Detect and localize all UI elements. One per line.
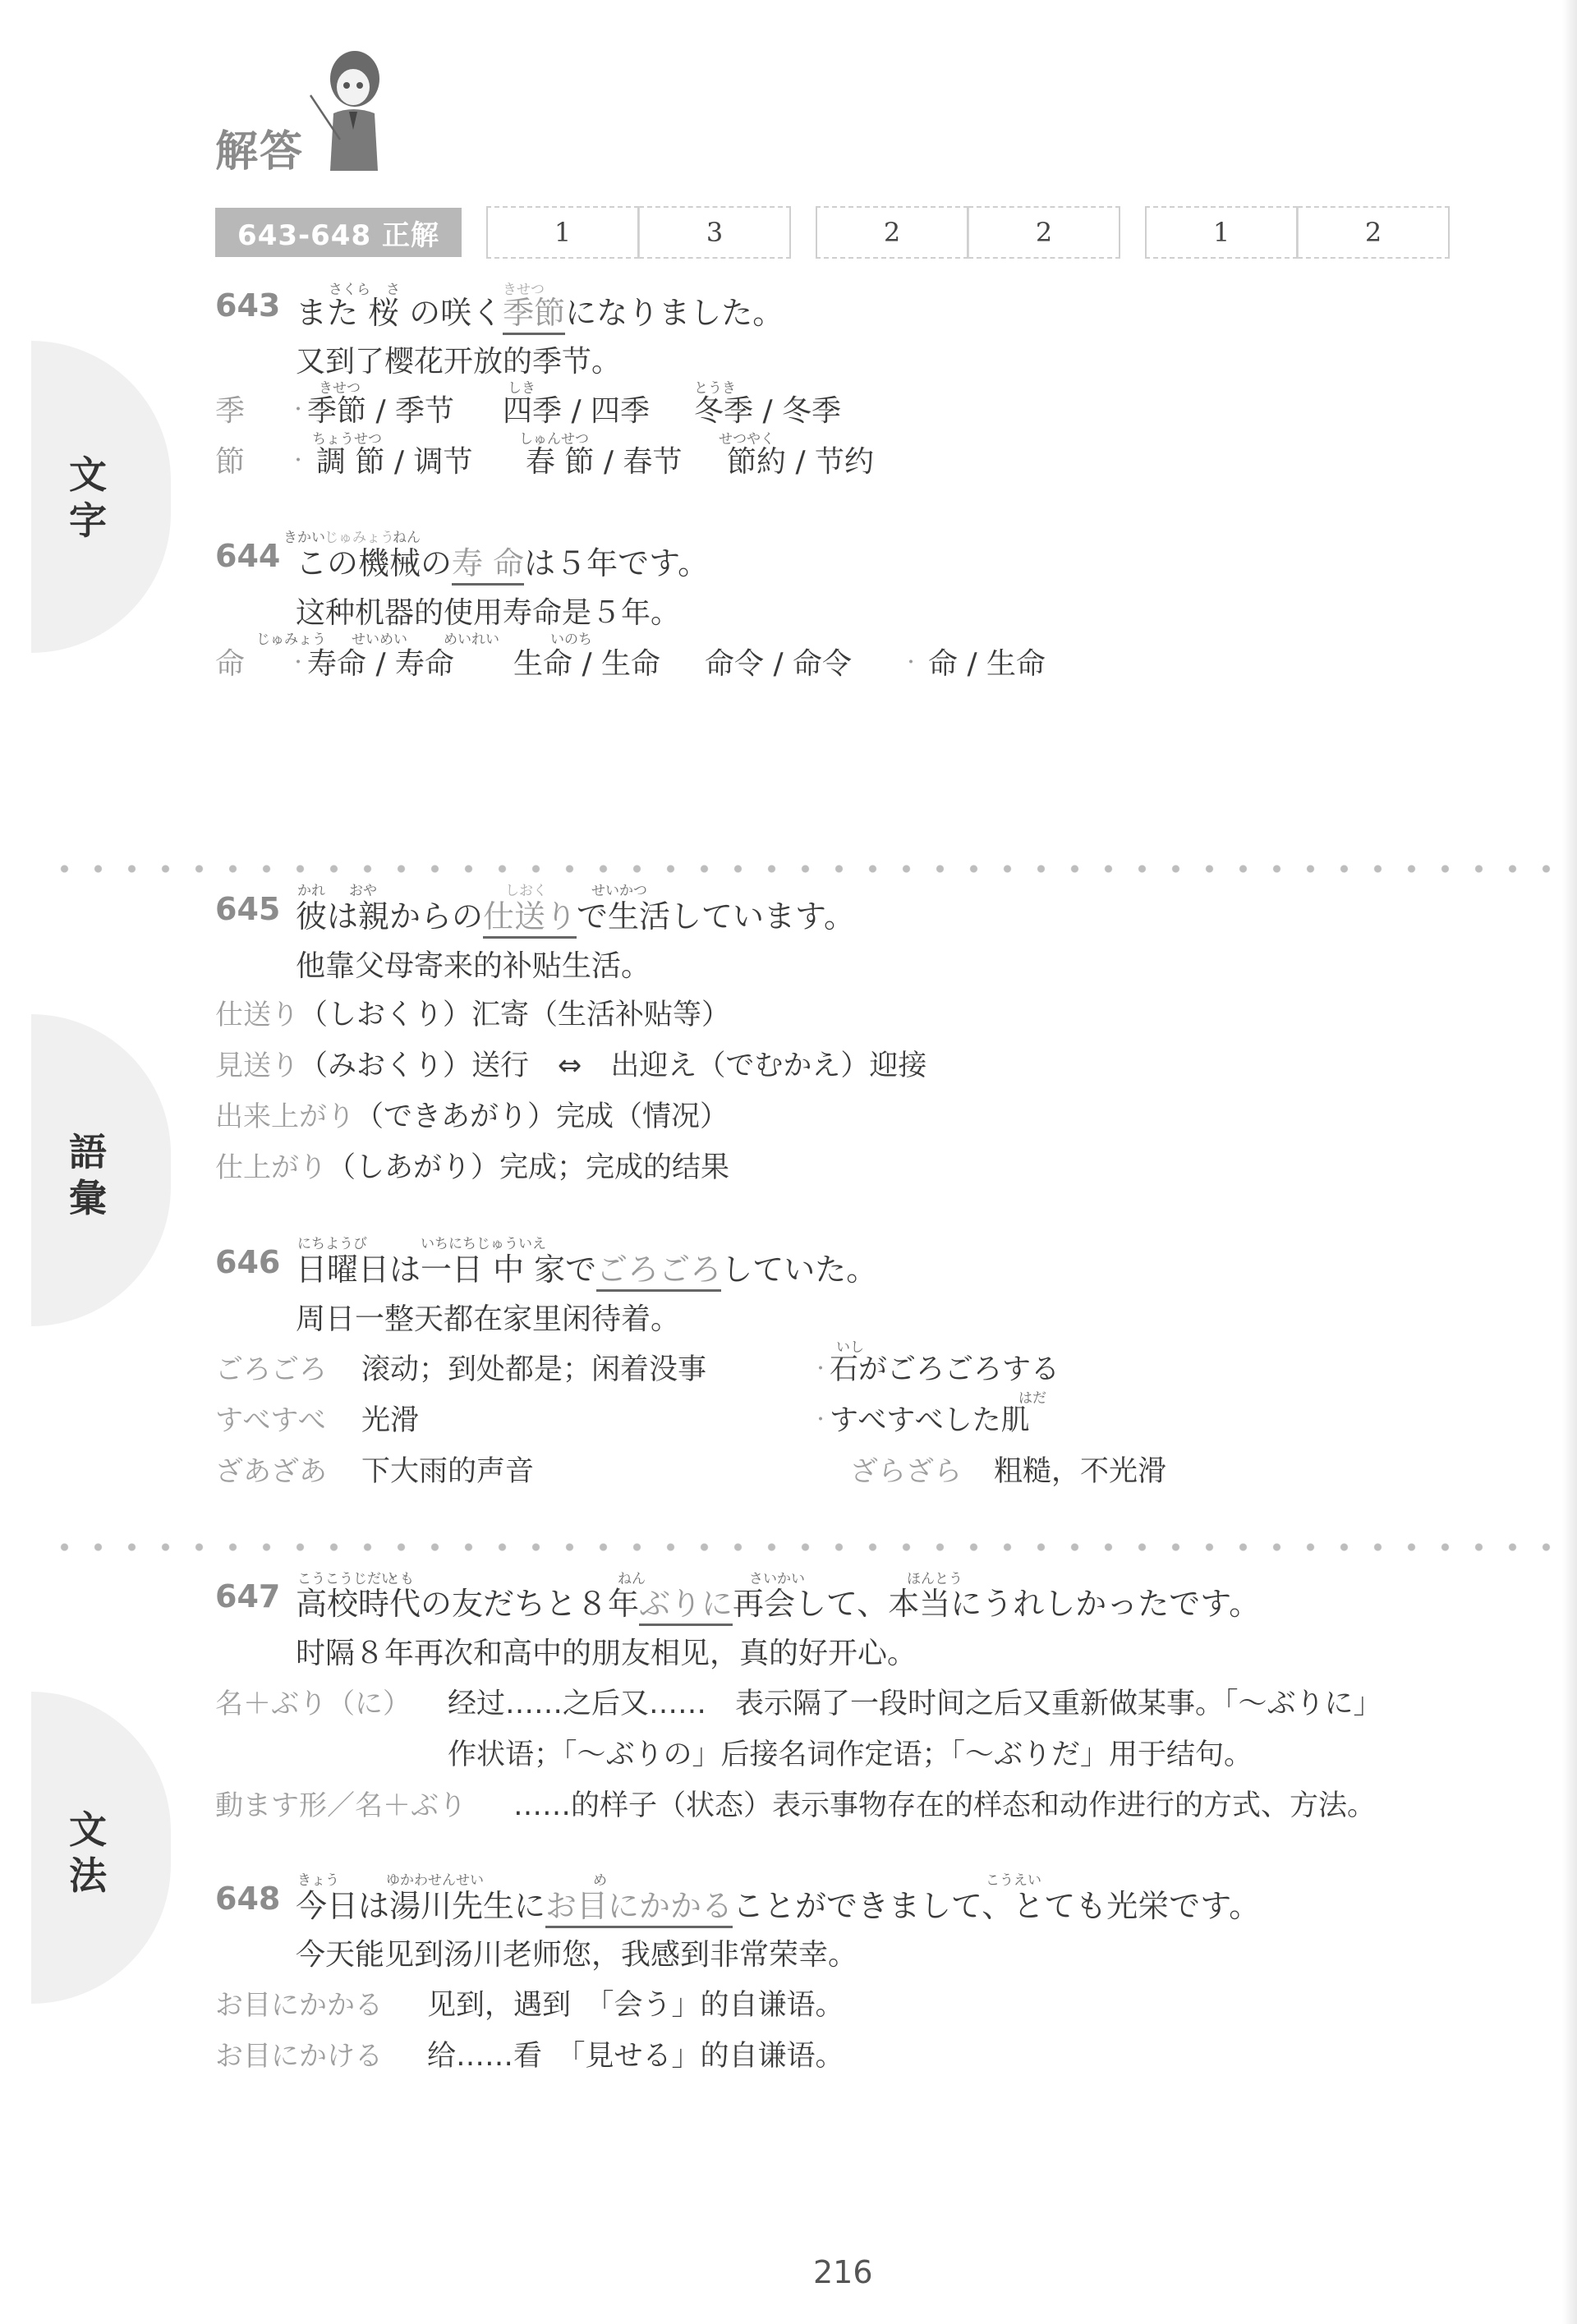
question-sentence: 日曜日は一日 中 家でごろごろしていた。 (296, 1244, 877, 1289)
section-separator (48, 864, 1577, 874)
sentence-after: していた。 (721, 1252, 877, 1288)
answer-group-1: 1 3 (486, 206, 791, 259)
answer-646: 2 (968, 206, 1120, 259)
vocab-item: 寿命 / 寿命 (307, 641, 454, 682)
sentence-target: ぶりに (639, 1586, 733, 1626)
bullet-icon: ・ (289, 447, 307, 472)
vocab-term: 出来上がり (215, 1100, 355, 1133)
question-sentence: この機械の寿 命は５年です。 (296, 538, 709, 583)
sentence-before: 今日は湯川先生に (296, 1888, 545, 1924)
answer-647: 1 (1145, 206, 1298, 259)
kanji-label: 命 (215, 641, 245, 682)
teacher-illustration-icon (304, 48, 394, 171)
vocab-item: 調 節 / 调节 (316, 439, 472, 480)
kanji-label: 節 (215, 439, 245, 480)
sentence-target: 季節 (503, 295, 565, 335)
answers-label: 643-648 正解 (215, 208, 462, 257)
answer-group-2: 2 2 (816, 206, 1120, 259)
question-number: 647 (215, 1578, 280, 1614)
grammar-def: 给……看 「見せる」的自谦语。 (427, 2033, 844, 2074)
sentence-after: になりました。 (565, 295, 784, 331)
grammar-term: 名＋ぶり（に） (215, 1681, 411, 1721)
sentence-after: ことができまして、とても光栄です。 (733, 1888, 1260, 1924)
question-number: 643 (215, 287, 280, 324)
translation: 他靠父母寄来的补贴生活。 (296, 943, 651, 985)
vocab-def: 下大雨的声音 (361, 1449, 534, 1490)
translation: 今天能见到汤川老师您，我感到非常荣幸。 (296, 1931, 857, 1973)
vocab-term: 仕上がり (215, 1151, 327, 1184)
question-sentence: 彼は親からの仕送りで生活しています。 (296, 891, 855, 936)
vocab-item: 節約 / 节约 (727, 439, 874, 480)
vocab-item: 春 節 / 春节 (526, 439, 682, 480)
vocab-item: 命 / 生命 (928, 641, 1046, 682)
bullet-icon: ・ (811, 1406, 830, 1431)
vocab-term: ごろごろ (215, 1347, 327, 1387)
vocab-item: 命令 / 命令 (705, 641, 852, 682)
question-number: 645 (215, 891, 280, 927)
vocab-example: 石がごろごろする (830, 1347, 1060, 1388)
vocab-term: ざらざら (850, 1449, 962, 1489)
grammar-term: 動ます形／名＋ぶり (215, 1783, 467, 1823)
sentence-target: ごろごろ (596, 1252, 721, 1292)
side-tab-label-moji: 文字 (67, 452, 108, 544)
translation: 这种机器的使用寿命是５年。 (296, 590, 680, 632)
translation: 时隔８年再次和高中的朋友相见，真的好开心。 (296, 1630, 917, 1672)
question-number: 644 (215, 538, 280, 574)
answer-648: 2 (1298, 206, 1450, 259)
vocab-example: すべすべした肌 (830, 1398, 1030, 1439)
bullet-icon: ・ (811, 1355, 830, 1380)
vocab-term: ざあざあ (215, 1449, 327, 1489)
sentence-target: 仕送り (483, 898, 577, 939)
vocab-term: 見送り (215, 1049, 299, 1082)
kanji-label: 季 (215, 388, 245, 429)
vocab-def: （できあがり）完成（情况） (355, 1100, 729, 1133)
side-tab-label-goi: 語彙 (67, 1129, 108, 1221)
sentence-before: 日曜日は一日 中 家で (296, 1252, 596, 1288)
grammar-def: 经过……之后又…… 表示隔了一段时间之后又重新做某事。「～ぶりに」 (448, 1681, 1382, 1722)
vocab-def: 光滑 (361, 1398, 419, 1439)
sentence-before: 彼は親からの (296, 898, 483, 935)
grammar-term: お目にかかる (215, 1982, 383, 2023)
grammar-def: 作状语；「～ぶりの」后接名词作定语；「～ぶりだ」用于结句。 (448, 1732, 1253, 1773)
question-number: 646 (215, 1244, 280, 1280)
question-number: 648 (215, 1881, 280, 1917)
side-tab-label-bunpo: 文法 (67, 1807, 108, 1899)
vocab-term: すべすべ (215, 1398, 326, 1438)
bullet-icon: ・ (289, 649, 307, 674)
grammar-def: 见到，遇到 「会う」的自谦语。 (427, 1982, 844, 2023)
sentence-after: 再会して、本当にうれしかったです。 (733, 1586, 1260, 1622)
translation: 又到了樱花开放的季节。 (296, 338, 621, 380)
sentence-target: 寿 命 (452, 545, 524, 586)
answer-644: 3 (639, 206, 791, 259)
vocab-def: 滚动；到处都是；闲着没事 (361, 1347, 706, 1388)
vocab-item: 季節 / 季节 (307, 388, 454, 429)
answer-title: 解答 (215, 117, 304, 178)
bullet-icon: ・ (902, 649, 920, 674)
sentence-target: お目にかかる (545, 1888, 733, 1928)
page-edge-shadow (1562, 0, 1577, 2324)
vocab-row: 見送り（みおくり）送行 ⇔ 出迎え（でむかえ）迎接 (215, 1043, 926, 1084)
question-sentence: 高校時代の友だちと８年ぶりに再会して、本当にうれしかったです。 (296, 1578, 1260, 1624)
answer-643: 1 (486, 206, 639, 259)
vocab-item: 四季 / 四季 (503, 388, 650, 429)
vocab-row: 出来上がり（できあがり）完成（情况） (215, 1094, 729, 1135)
bullet-icon: ・ (289, 396, 307, 421)
question-sentence: また 桜 の咲く季節になりました。 (296, 287, 784, 333)
vocab-item: 冬季 / 冬季 (694, 388, 841, 429)
vocab-row: 仕上がり（しあがり）完成；完成的结果 (215, 1145, 729, 1186)
translation: 周日一整天都在家里闲待着。 (296, 1296, 680, 1338)
sentence-after: は５年です。 (524, 545, 709, 581)
section-separator (48, 1542, 1577, 1552)
grammar-def: ……的样子（状态）表示事物存在的样态和动作进行的方式、方法。 (513, 1783, 1376, 1824)
answers-row: 643-648 正解 1 3 2 2 1 2 (215, 204, 1450, 261)
sentence-before: また 桜 の咲く (296, 295, 503, 331)
vocab-def: 粗糙，不光滑 (994, 1449, 1166, 1490)
vocab-def: （しあがり）完成；完成的结果 (327, 1151, 729, 1184)
sentence-after: で生活しています。 (577, 898, 855, 935)
sentence-before: 高校時代の友だちと８年 (296, 1586, 639, 1622)
question-sentence: 今日は湯川先生にお目にかかることができまして、とても光栄です。 (296, 1881, 1260, 1926)
sentence-before: この機械の (296, 545, 452, 581)
page-number: 216 (813, 2254, 873, 2290)
answer-group-3: 1 2 (1145, 206, 1450, 259)
vocab-row: 仕送り（しおくり）汇寄（生活补贴等） (215, 992, 730, 1033)
vocab-def: （みおくり）送行 ⇔ 出迎え（でむかえ）迎接 (299, 1049, 926, 1082)
vocab-def: （しおくり）汇寄（生活补贴等） (299, 999, 730, 1031)
vocab-item: 生命 / 生命 (513, 641, 660, 682)
vocab-term: 仕送り (215, 999, 299, 1031)
grammar-term: お目にかける (215, 2033, 383, 2074)
answer-645: 2 (816, 206, 968, 259)
